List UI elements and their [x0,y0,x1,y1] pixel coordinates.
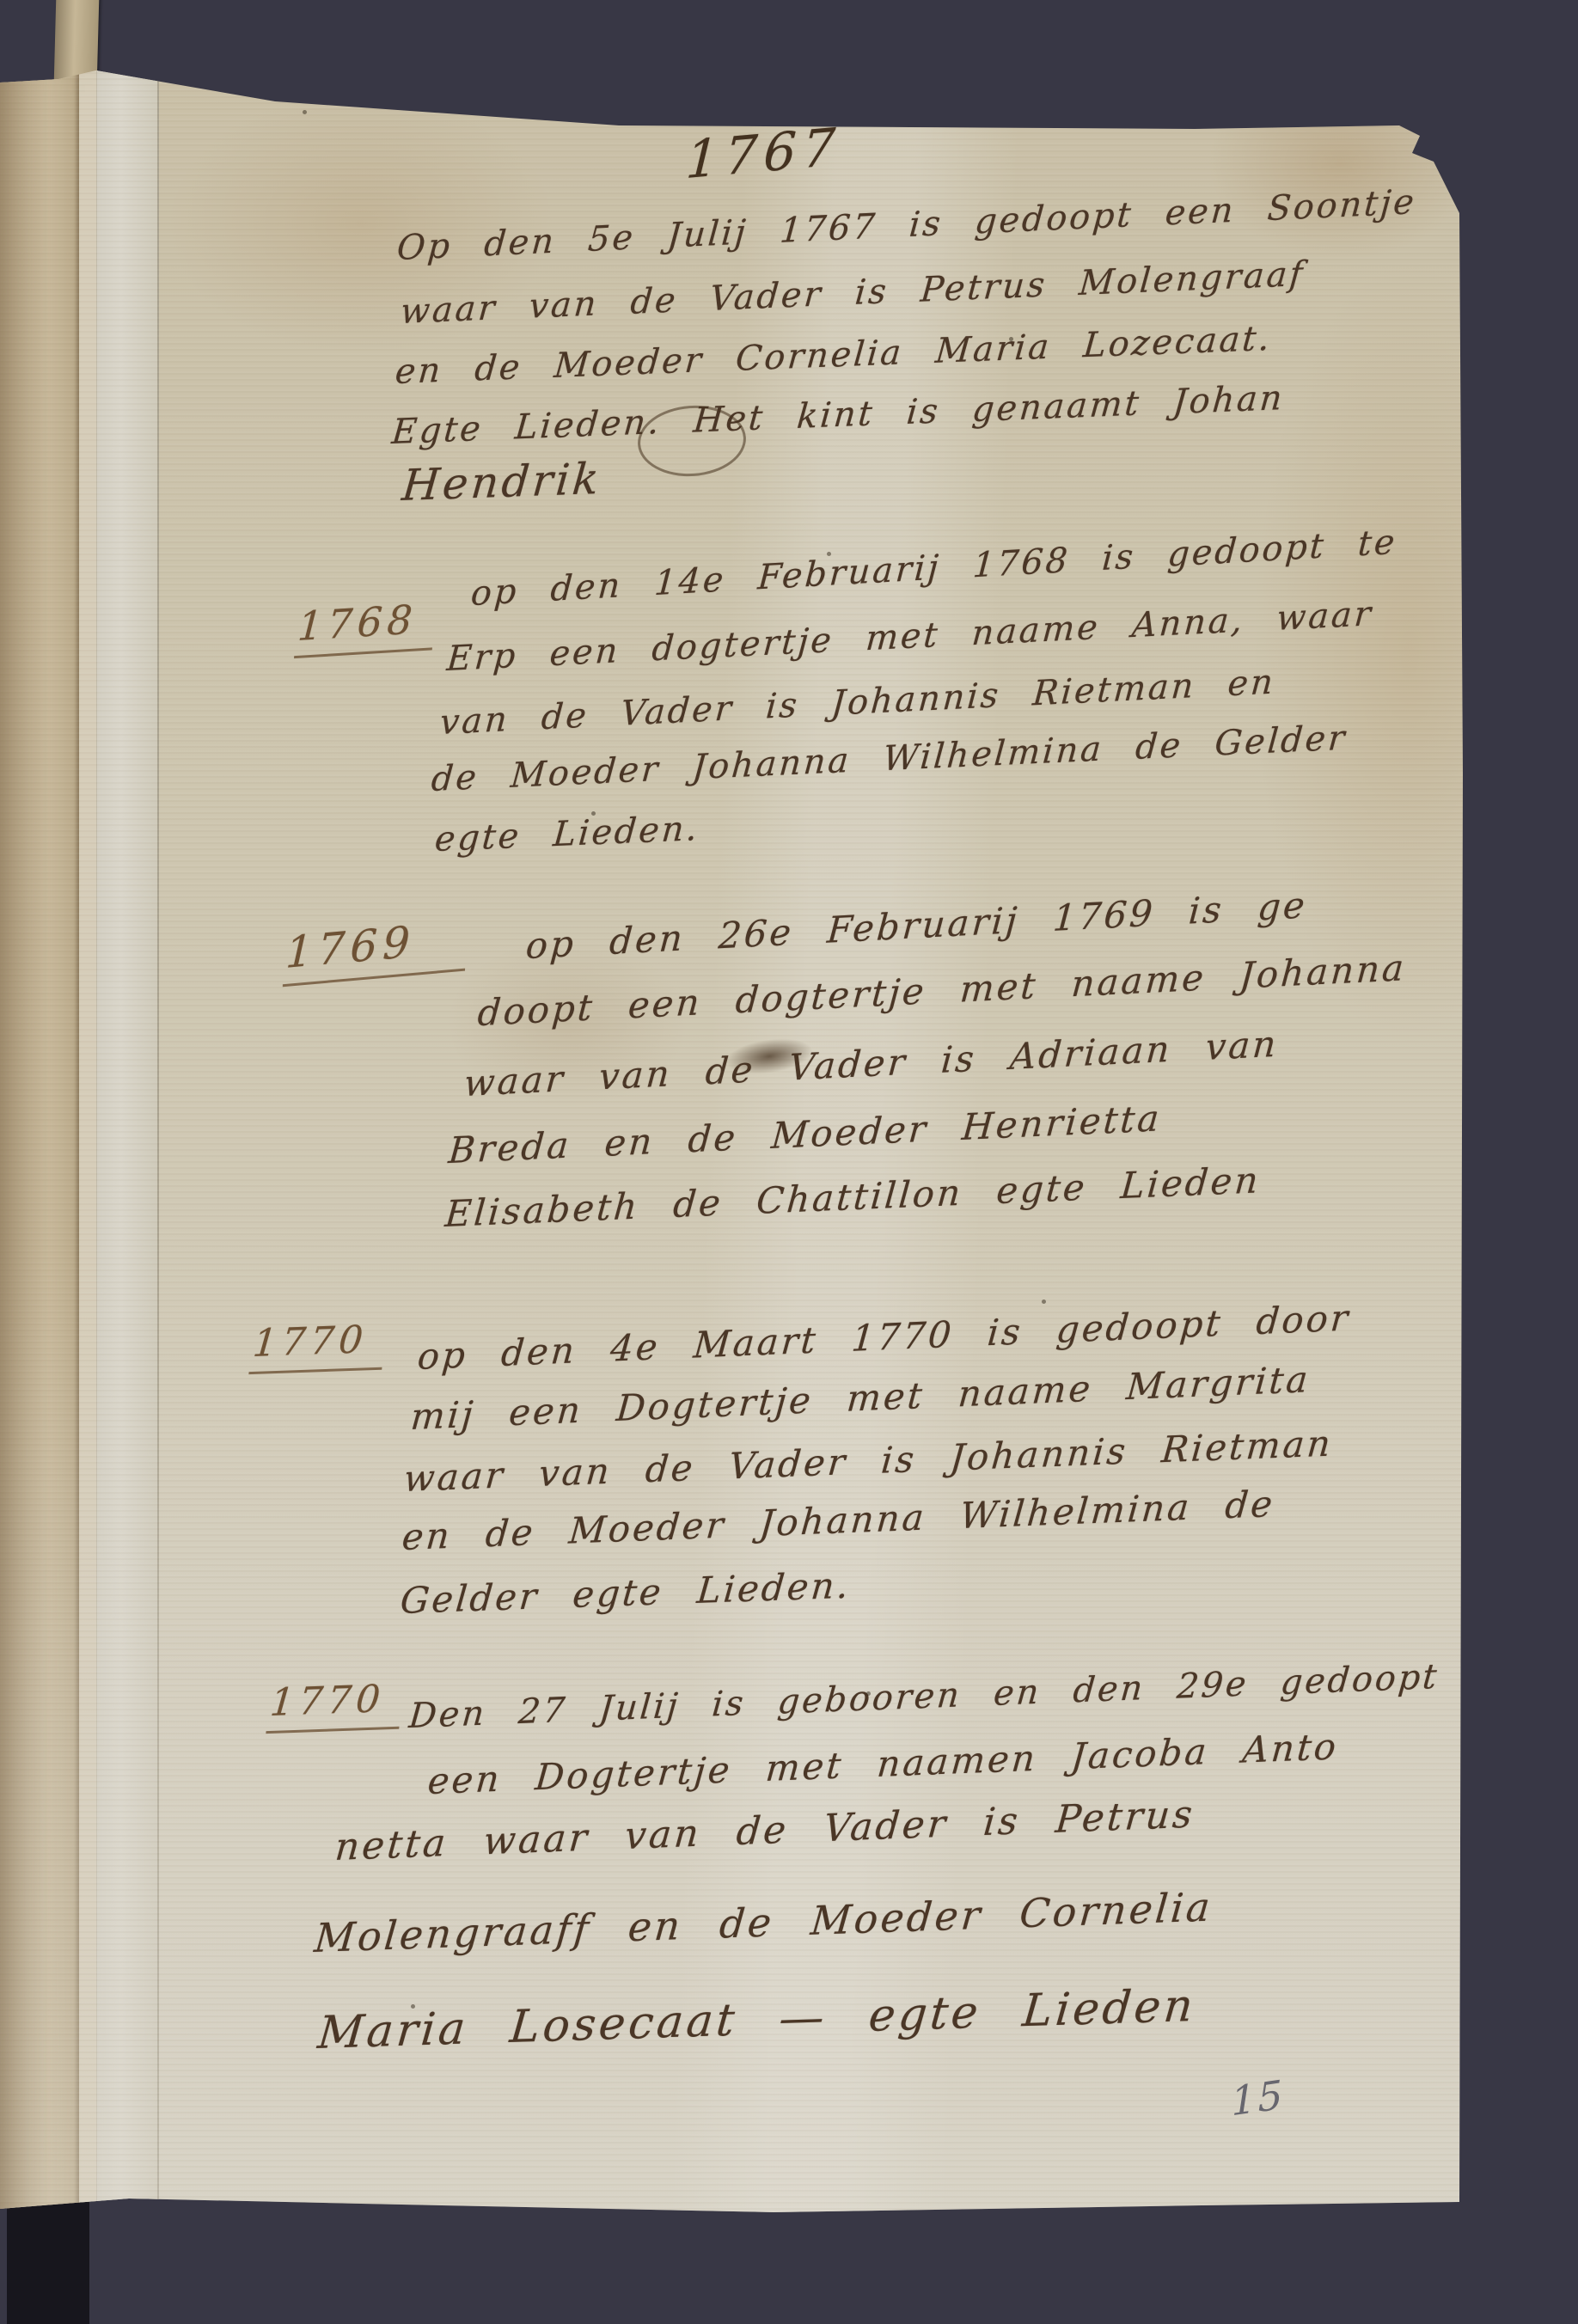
photographed-register-page: 1767 Op den 5e Julij 1767 is gedoopt een… [0,0,1578,2324]
manuscript-page: 1767 Op den 5e Julij 1767 is gedoopt een… [0,0,1578,2324]
book-shadow [7,2199,89,2324]
page-vignette [0,0,1578,2324]
